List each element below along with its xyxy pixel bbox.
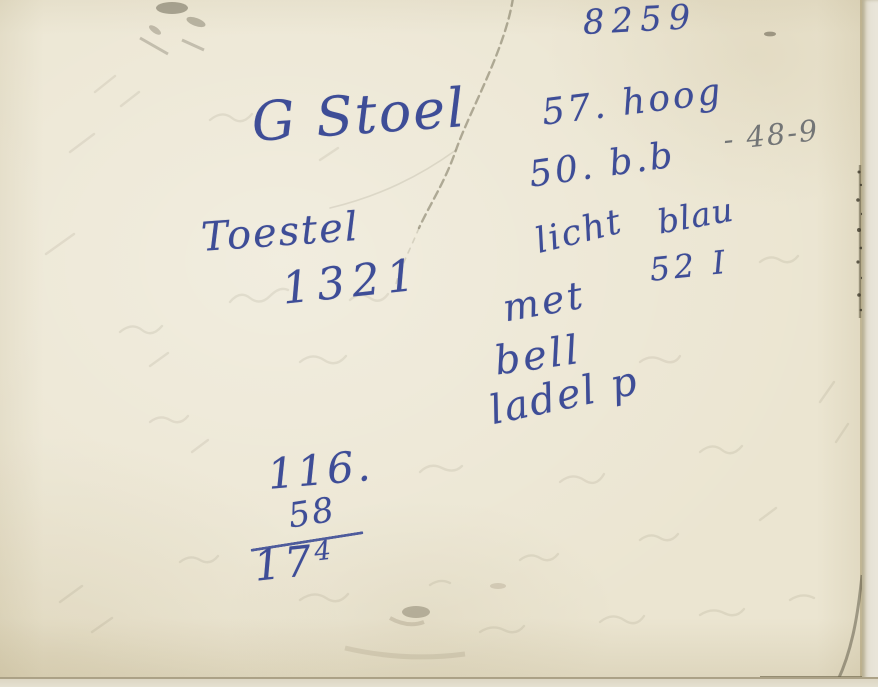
pencil-measurement-note: - 48-9 — [722, 116, 821, 155]
handwritten-device-number: 1321 — [280, 253, 424, 311]
handwritten-catalog-number: 8259 — [582, 0, 698, 40]
handwritten-name: G Stoel — [250, 81, 468, 150]
ghost-writing-texture — [46, 76, 848, 632]
handwritten-bb-note: 50. b.b — [527, 138, 678, 194]
handwritten-height-note: 57. hoog — [540, 74, 725, 132]
bottom-smudge — [345, 583, 506, 657]
right-edge-wear — [838, 0, 863, 687]
card-right-edge — [862, 0, 878, 687]
handwritten-device-label: Toestel — [200, 207, 361, 258]
handwritten-color-word2: blau — [655, 193, 736, 239]
handwritten-met-note: met — [500, 276, 588, 328]
sum-total-main: 17 — [252, 536, 318, 591]
handwritten-color-word1: licht — [532, 205, 626, 260]
sum-total-superscript: 4 — [313, 536, 333, 568]
handwritten-met-value: 52 I — [648, 246, 730, 286]
card-bottom-edge — [0, 677, 878, 687]
photo-back-scan: 8259 G Stoel Toestel 1321 57. hoog 50. b… — [0, 0, 878, 687]
sum-line1: 116. — [266, 445, 375, 496]
sum-total: 174 — [252, 538, 334, 588]
sum-line2: 58 — [286, 493, 338, 534]
